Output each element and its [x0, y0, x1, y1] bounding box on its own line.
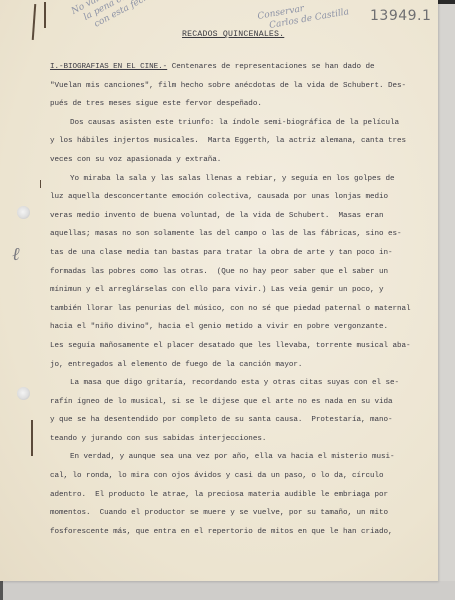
- text-line: "Vuelan mis canciones", film hecho sobre…: [50, 77, 430, 96]
- text-line: rafín ígneo de lo musical, si se le dije…: [50, 393, 430, 412]
- text-line: En verdad, y aunque sea una vez por año,…: [50, 448, 430, 467]
- text-line: momentos. Cuando el productor se muere y…: [50, 504, 430, 523]
- text-line: tas de una clase media tan bastas para t…: [50, 244, 430, 263]
- text-line: y los hábiles injertos musicales. Marta …: [50, 132, 430, 151]
- text-line: I.-BIOGRAFIAS EN EL CINE.- Centenares de…: [50, 58, 430, 77]
- text-line: hacia el "niño divino", hacia el genio m…: [50, 318, 430, 337]
- text-line: formadas las pobres como las otras. (Que…: [50, 263, 430, 282]
- scanner-edge: [0, 581, 3, 600]
- document-body: I.-BIOGRAFIAS EN EL CINE.- Centenares de…: [50, 58, 430, 541]
- scanner-background: [0, 581, 455, 600]
- text-line: luz aquella desconcertante emoción colec…: [50, 188, 430, 207]
- text-line: mínimun y el arreglárselas con ello para…: [50, 281, 430, 300]
- section-heading: I.-BIOGRAFIAS EN EL CINE.-: [50, 63, 167, 71]
- ink-mark: [32, 4, 37, 40]
- punch-hole: [17, 206, 30, 219]
- text-line: adentro. El producto le atrae, la precio…: [50, 486, 430, 505]
- text-line: jo, entregados al elemento de fuego de l…: [50, 356, 430, 375]
- text-line: veras medio invento de buena voluntad, d…: [50, 207, 430, 226]
- pencil-note-right: Conservar Carlos de Castilla: [257, 0, 350, 34]
- text-line: también llorar las penurias del músico, …: [50, 300, 430, 319]
- typewritten-page: No vale la pena conservar con esta fecha…: [0, 0, 438, 581]
- background-edge: [437, 0, 455, 4]
- text-line: y que se ha desentendido por completo de…: [50, 411, 430, 430]
- text-line: Yo miraba la sala y las salas llenas a r…: [50, 170, 430, 189]
- pencil-note-left: No vale la pena conservar con esta fecha: [70, 0, 165, 37]
- text-line: pués de tres meses sigue este fervor des…: [50, 95, 430, 114]
- text-line: Dos causas asisten este triunfo: la índo…: [50, 114, 430, 133]
- ink-mark: [31, 420, 33, 456]
- text-line: Les seguía mañosamente el placer desatad…: [50, 337, 430, 356]
- inventory-number: 13949.1: [370, 8, 431, 24]
- text-line: aquellas; masas no son solamente las del…: [50, 225, 430, 244]
- text-line: veces con su voz apasionada y extraña.: [50, 151, 430, 170]
- ink-mark: [44, 2, 46, 28]
- ink-mark: [40, 180, 41, 188]
- pencil-scribble: ℓ: [12, 244, 20, 265]
- text-line: La masa que digo gritaría, recordando es…: [50, 374, 430, 393]
- document-title: RECADOS QUINCENALES.: [182, 30, 284, 39]
- text-line: teando y jurando con sus sabidas interje…: [50, 430, 430, 449]
- punch-hole: [17, 387, 30, 400]
- text-line: cal, lo ronda, lo mira con ojos ávidos y…: [50, 467, 430, 486]
- text-line: fosforescente más, que entra en el reper…: [50, 523, 430, 542]
